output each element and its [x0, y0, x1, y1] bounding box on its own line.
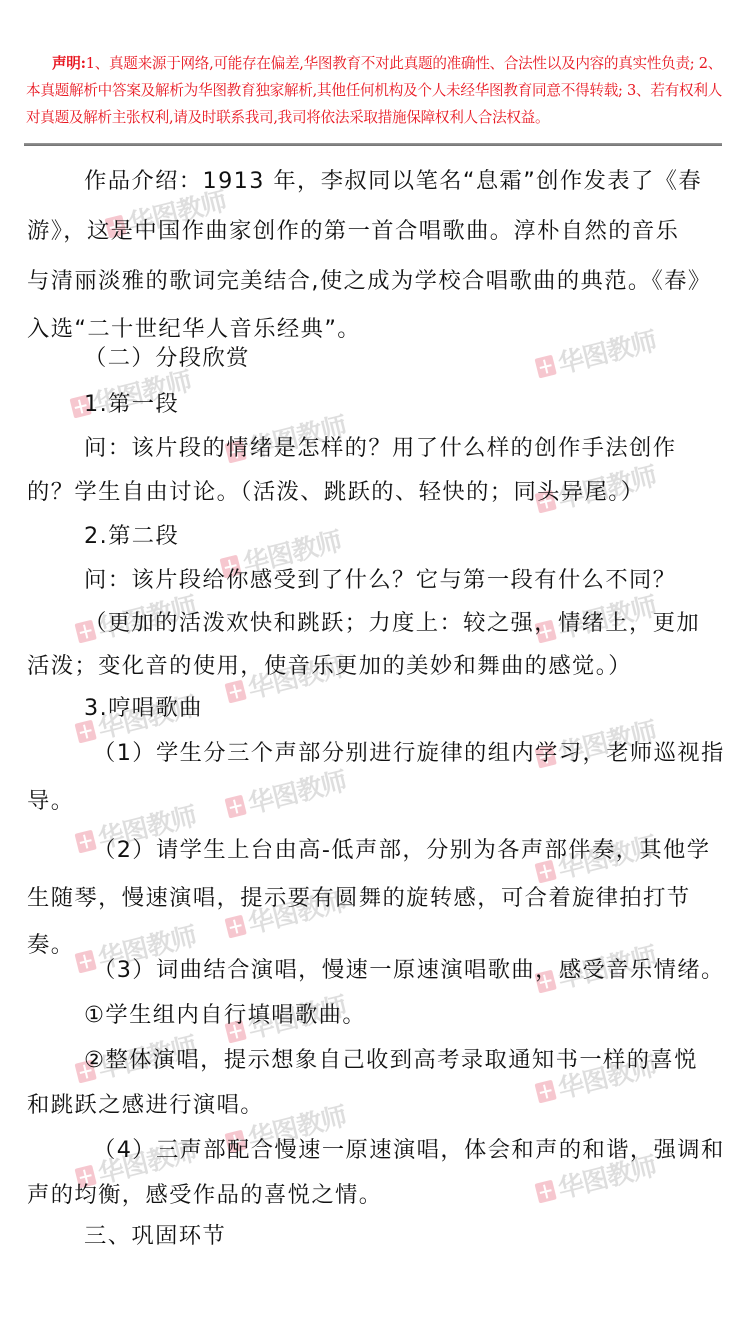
part3-sub2-line: 和跳跃之感进行演唱。: [27, 1087, 264, 1119]
part2-line: （更加的活泼欢快和跳跃；力度上：较之强，情绪上，更加: [84, 605, 700, 637]
part3-sub2-line: ②整体演唱，提示想象自己收到高考录取通知书一样的喜悦: [84, 1042, 698, 1074]
watermark: 华图教师: [532, 321, 659, 386]
part3-step3-line: （3）词曲结合演唱，慢速一原速演唱歌曲，感受音乐情绪。: [93, 952, 725, 984]
watermark-logo-icon: [224, 914, 246, 938]
part2-line: 活泼；变化音的使用，使音乐更加的美妙和舞曲的感觉。）: [27, 648, 632, 680]
disclaimer: 声明:1、真题来源于网络,可能存在偏差,华图教育不对此真题的准确性、合法性以及内…: [26, 50, 722, 131]
watermark: 华图教师: [222, 761, 349, 826]
part3-sub1-line: ①学生组内自行填唱歌曲。: [84, 997, 366, 1029]
watermark-logo-icon: [534, 1079, 556, 1103]
disclaimer-label: 声明:: [52, 55, 86, 72]
part1-line: 问：该片段的情绪是怎样的？用了什么样的创作手法创作: [84, 430, 676, 462]
section-heading-three: 三、巩固环节: [84, 1218, 226, 1250]
watermark-logo-icon: [224, 794, 246, 818]
intro-line: 游》，这是中国作曲家创作的第一首合唱歌曲。淳朴自然的音乐: [27, 213, 679, 245]
part3-step4-line: 声的均衡，感受作品的喜悦之情。: [27, 1177, 382, 1209]
watermark-logo-icon: [534, 1179, 556, 1203]
part3-step4-line: （4）三声部配合慢速一原速演唱，体会和声的和谐，强调和: [93, 1132, 725, 1164]
part1-heading: 1.第一段: [84, 386, 179, 418]
part3-step2-line: （2）请学生上台由高-低声部，分别为各声部伴奏，其他学: [93, 832, 710, 864]
part3-step2-line: 奏。: [27, 927, 74, 959]
header-divider: [24, 143, 722, 146]
section-heading-two: （二）分段欣赏: [84, 340, 250, 372]
watermark-logo-icon: [534, 354, 556, 378]
intro-line: 与清丽淡雅的歌词完美结合,使之成为学校合唱歌曲的典范。《春》: [27, 263, 712, 295]
disclaimer-text: 1、真题来源于网络,可能存在偏差,华图教育不对此真题的准确性、合法性以及内容的真…: [26, 55, 722, 126]
part3-heading: 3.哼唱歌曲: [84, 690, 203, 722]
part2-line: 问：该片段给你感受到了什么？它与第一段有什么不同？: [84, 562, 676, 594]
part1-line: 的？学生自由讨论。（活泼、跳跃的、轻快的；同头异尾。）: [27, 474, 645, 506]
intro-line: 作品介绍：1913 年，李叔同以笔名“息霜”创作发表了《春: [84, 163, 702, 195]
part3-step1-line: （1）学生分三个声部分别进行旋律的组内学习，老师巡视指: [93, 735, 725, 767]
part3-step1-line: 导。: [27, 783, 74, 815]
part3-step2-line: 生随琴，慢速演唱，提示要有圆舞的旋转感，可合着旋律拍打节: [27, 880, 691, 912]
watermark-logo-icon: [224, 679, 246, 703]
intro-line: 入选“二十世纪华人音乐经典”。: [27, 311, 361, 343]
part2-heading: 2.第二段: [84, 518, 179, 550]
